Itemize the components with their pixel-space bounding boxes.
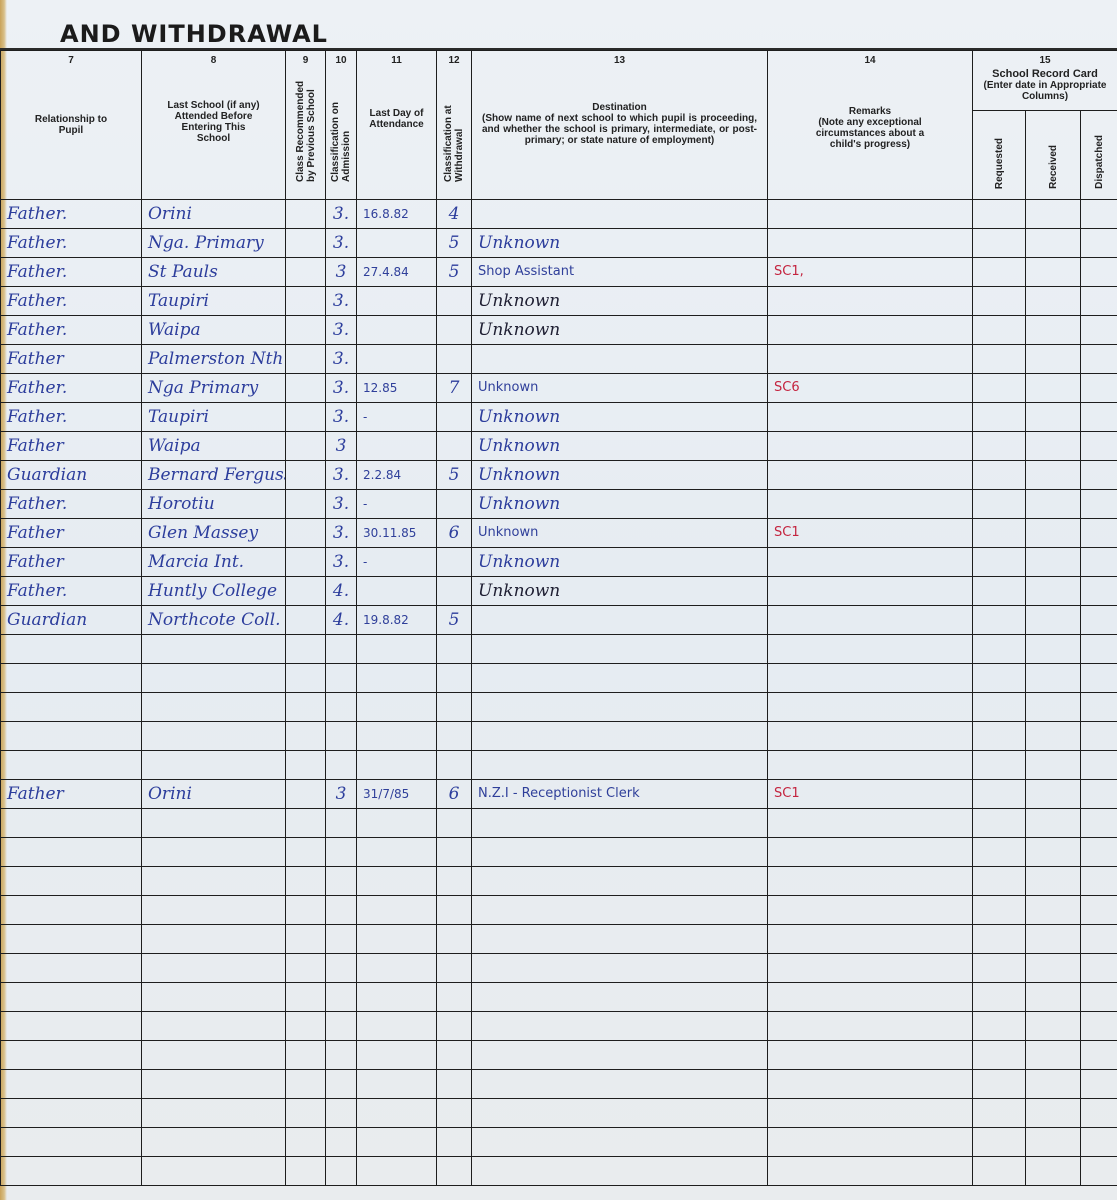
record-requested-cell[interactable] (973, 722, 1026, 751)
class-recommended-cell[interactable] (286, 548, 326, 577)
record-dispatched-cell[interactable] (1081, 664, 1117, 693)
relationship-cell[interactable] (1, 751, 142, 780)
record-requested-cell[interactable] (973, 1099, 1026, 1128)
class-recommended-cell[interactable] (286, 577, 326, 606)
record-received-cell[interactable] (1026, 577, 1081, 606)
record-received-cell[interactable] (1026, 548, 1081, 577)
record-received-cell[interactable] (1026, 635, 1081, 664)
record-received-cell[interactable] (1026, 838, 1081, 867)
class-recommended-cell[interactable] (286, 403, 326, 432)
last-school-cell[interactable] (142, 838, 286, 867)
record-requested-cell[interactable] (973, 1012, 1026, 1041)
relationship-cell[interactable]: Father (1, 519, 142, 548)
classification-admission-cell[interactable] (326, 925, 357, 954)
record-received-cell[interactable] (1026, 287, 1081, 316)
destination-cell[interactable] (472, 896, 768, 925)
record-received-cell[interactable] (1026, 316, 1081, 345)
record-dispatched-cell[interactable] (1081, 577, 1117, 606)
destination-cell[interactable]: Unknown (472, 229, 768, 258)
classification-withdrawal-cell[interactable] (437, 954, 472, 983)
last-day-cell[interactable]: - (357, 490, 437, 519)
classification-withdrawal-cell[interactable] (437, 693, 472, 722)
destination-cell[interactable] (472, 664, 768, 693)
record-requested-cell[interactable] (973, 664, 1026, 693)
record-requested-cell[interactable] (973, 403, 1026, 432)
destination-cell[interactable]: N.Z.I - Receptionist Clerk (472, 780, 768, 809)
classification-admission-cell[interactable] (326, 722, 357, 751)
relationship-cell[interactable]: Father. (1, 490, 142, 519)
classification-admission-cell[interactable]: 3. (326, 374, 357, 403)
last-day-cell[interactable] (357, 664, 437, 693)
classification-admission-cell[interactable]: 3 (326, 432, 357, 461)
classification-withdrawal-cell[interactable]: 5 (437, 461, 472, 490)
class-recommended-cell[interactable] (286, 1041, 326, 1070)
classification-admission-cell[interactable] (326, 664, 357, 693)
class-recommended-cell[interactable] (286, 1012, 326, 1041)
record-dispatched-cell[interactable] (1081, 1157, 1117, 1186)
classification-admission-cell[interactable]: 4. (326, 606, 357, 635)
record-dispatched-cell[interactable] (1081, 722, 1117, 751)
record-dispatched-cell[interactable] (1081, 1128, 1117, 1157)
classification-withdrawal-cell[interactable] (437, 345, 472, 374)
last-day-cell[interactable]: 2.2.84 (357, 461, 437, 490)
class-recommended-cell[interactable] (286, 374, 326, 403)
record-received-cell[interactable] (1026, 490, 1081, 519)
class-recommended-cell[interactable] (286, 954, 326, 983)
relationship-cell[interactable] (1, 983, 142, 1012)
last-day-cell[interactable] (357, 693, 437, 722)
destination-cell[interactable] (472, 1157, 768, 1186)
record-dispatched-cell[interactable] (1081, 693, 1117, 722)
destination-cell[interactable]: Shop Assistant (472, 258, 768, 287)
classification-withdrawal-cell[interactable] (437, 403, 472, 432)
record-requested-cell[interactable] (973, 287, 1026, 316)
remarks-cell[interactable]: SC6 (768, 374, 973, 403)
class-recommended-cell[interactable] (286, 490, 326, 519)
record-received-cell[interactable] (1026, 1041, 1081, 1070)
record-received-cell[interactable] (1026, 751, 1081, 780)
last-school-cell[interactable]: Nga Primary (142, 374, 286, 403)
classification-admission-cell[interactable] (326, 693, 357, 722)
record-requested-cell[interactable] (973, 548, 1026, 577)
relationship-cell[interactable]: Father (1, 432, 142, 461)
last-school-cell[interactable] (142, 809, 286, 838)
destination-cell[interactable]: Unknown (472, 461, 768, 490)
destination-cell[interactable] (472, 838, 768, 867)
record-dispatched-cell[interactable] (1081, 954, 1117, 983)
last-day-cell[interactable] (357, 1041, 437, 1070)
relationship-cell[interactable]: Father (1, 548, 142, 577)
record-received-cell[interactable] (1026, 896, 1081, 925)
class-recommended-cell[interactable] (286, 345, 326, 374)
last-school-cell[interactable]: Orini (142, 200, 286, 229)
classification-withdrawal-cell[interactable]: 4 (437, 200, 472, 229)
last-day-cell[interactable] (357, 1012, 437, 1041)
destination-cell[interactable]: Unknown (472, 374, 768, 403)
classification-admission-cell[interactable]: 3. (326, 548, 357, 577)
remarks-cell[interactable]: SC1 (768, 519, 973, 548)
class-recommended-cell[interactable] (286, 1070, 326, 1099)
classification-admission-cell[interactable] (326, 1128, 357, 1157)
classification-admission-cell[interactable]: 3. (326, 287, 357, 316)
classification-withdrawal-cell[interactable] (437, 432, 472, 461)
destination-cell[interactable]: Unknown (472, 403, 768, 432)
record-requested-cell[interactable] (973, 1041, 1026, 1070)
relationship-cell[interactable]: Father (1, 780, 142, 809)
relationship-cell[interactable] (1, 1070, 142, 1099)
record-dispatched-cell[interactable] (1081, 780, 1117, 809)
remarks-cell[interactable] (768, 403, 973, 432)
last-school-cell[interactable] (142, 1099, 286, 1128)
remarks-cell[interactable] (768, 954, 973, 983)
record-received-cell[interactable] (1026, 664, 1081, 693)
record-requested-cell[interactable] (973, 983, 1026, 1012)
classification-withdrawal-cell[interactable] (437, 548, 472, 577)
last-day-cell[interactable]: 16.8.82 (357, 200, 437, 229)
relationship-cell[interactable]: Father. (1, 229, 142, 258)
relationship-cell[interactable] (1, 1041, 142, 1070)
last-day-cell[interactable] (357, 896, 437, 925)
last-day-cell[interactable] (357, 229, 437, 258)
classification-withdrawal-cell[interactable] (437, 1157, 472, 1186)
last-school-cell[interactable] (142, 664, 286, 693)
record-requested-cell[interactable] (973, 693, 1026, 722)
last-school-cell[interactable] (142, 1012, 286, 1041)
last-day-cell[interactable] (357, 1128, 437, 1157)
class-recommended-cell[interactable] (286, 722, 326, 751)
relationship-cell[interactable] (1, 925, 142, 954)
class-recommended-cell[interactable] (286, 1099, 326, 1128)
destination-cell[interactable] (472, 867, 768, 896)
last-day-cell[interactable] (357, 838, 437, 867)
destination-cell[interactable]: Unknown (472, 490, 768, 519)
relationship-cell[interactable]: Father. (1, 200, 142, 229)
remarks-cell[interactable] (768, 751, 973, 780)
record-received-cell[interactable] (1026, 867, 1081, 896)
last-school-cell[interactable]: Horotiu (142, 490, 286, 519)
record-requested-cell[interactable] (973, 345, 1026, 374)
class-recommended-cell[interactable] (286, 258, 326, 287)
classification-admission-cell[interactable]: 3. (326, 316, 357, 345)
remarks-cell[interactable] (768, 548, 973, 577)
last-school-cell[interactable] (142, 693, 286, 722)
last-day-cell[interactable] (357, 577, 437, 606)
relationship-cell[interactable] (1, 635, 142, 664)
destination-cell[interactable]: Unknown (472, 577, 768, 606)
classification-withdrawal-cell[interactable] (437, 287, 472, 316)
remarks-cell[interactable] (768, 867, 973, 896)
classification-admission-cell[interactable] (326, 1157, 357, 1186)
relationship-cell[interactable]: Father. (1, 258, 142, 287)
record-dispatched-cell[interactable] (1081, 635, 1117, 664)
classification-withdrawal-cell[interactable] (437, 867, 472, 896)
relationship-cell[interactable] (1, 809, 142, 838)
record-dispatched-cell[interactable] (1081, 548, 1117, 577)
last-day-cell[interactable] (357, 635, 437, 664)
record-requested-cell[interactable] (973, 1070, 1026, 1099)
record-received-cell[interactable] (1026, 519, 1081, 548)
relationship-cell[interactable] (1, 867, 142, 896)
record-requested-cell[interactable] (973, 374, 1026, 403)
destination-cell[interactable] (472, 606, 768, 635)
record-requested-cell[interactable] (973, 461, 1026, 490)
relationship-cell[interactable] (1, 896, 142, 925)
record-requested-cell[interactable] (973, 809, 1026, 838)
classification-withdrawal-cell[interactable] (437, 722, 472, 751)
destination-cell[interactable] (472, 722, 768, 751)
classification-withdrawal-cell[interactable] (437, 1070, 472, 1099)
classification-withdrawal-cell[interactable] (437, 809, 472, 838)
classification-admission-cell[interactable] (326, 867, 357, 896)
last-school-cell[interactable] (142, 635, 286, 664)
classification-admission-cell[interactable] (326, 983, 357, 1012)
classification-withdrawal-cell[interactable] (437, 316, 472, 345)
classification-withdrawal-cell[interactable] (437, 896, 472, 925)
classification-admission-cell[interactable] (326, 751, 357, 780)
last-day-cell[interactable] (357, 809, 437, 838)
remarks-cell[interactable] (768, 200, 973, 229)
class-recommended-cell[interactable] (286, 693, 326, 722)
record-requested-cell[interactable] (973, 925, 1026, 954)
last-day-cell[interactable] (357, 925, 437, 954)
last-day-cell[interactable] (357, 316, 437, 345)
record-requested-cell[interactable] (973, 316, 1026, 345)
record-dispatched-cell[interactable] (1081, 403, 1117, 432)
last-school-cell[interactable] (142, 925, 286, 954)
record-dispatched-cell[interactable] (1081, 200, 1117, 229)
last-day-cell[interactable]: 19.8.82 (357, 606, 437, 635)
relationship-cell[interactable]: Father. (1, 287, 142, 316)
classification-admission-cell[interactable]: 3. (326, 490, 357, 519)
destination-cell[interactable] (472, 200, 768, 229)
class-recommended-cell[interactable] (286, 229, 326, 258)
destination-cell[interactable] (472, 1012, 768, 1041)
last-day-cell[interactable]: 30.11.85 (357, 519, 437, 548)
record-requested-cell[interactable] (973, 490, 1026, 519)
classification-admission-cell[interactable]: 3. (326, 200, 357, 229)
destination-cell[interactable] (472, 1128, 768, 1157)
record-received-cell[interactable] (1026, 403, 1081, 432)
record-received-cell[interactable] (1026, 432, 1081, 461)
relationship-cell[interactable] (1, 1128, 142, 1157)
class-recommended-cell[interactable] (286, 751, 326, 780)
classification-withdrawal-cell[interactable]: 6 (437, 519, 472, 548)
last-school-cell[interactable]: Bernard Fergusson (142, 461, 286, 490)
classification-withdrawal-cell[interactable] (437, 490, 472, 519)
classification-withdrawal-cell[interactable] (437, 983, 472, 1012)
remarks-cell[interactable] (768, 316, 973, 345)
record-dispatched-cell[interactable] (1081, 461, 1117, 490)
last-day-cell[interactable] (357, 751, 437, 780)
record-received-cell[interactable] (1026, 258, 1081, 287)
destination-cell[interactable] (472, 1099, 768, 1128)
last-school-cell[interactable]: St Pauls (142, 258, 286, 287)
record-dispatched-cell[interactable] (1081, 229, 1117, 258)
last-day-cell[interactable]: 27.4.84 (357, 258, 437, 287)
destination-cell[interactable]: Unknown (472, 316, 768, 345)
class-recommended-cell[interactable] (286, 925, 326, 954)
record-requested-cell[interactable] (973, 1157, 1026, 1186)
last-day-cell[interactable]: 31/7/85 (357, 780, 437, 809)
classification-withdrawal-cell[interactable]: 5 (437, 229, 472, 258)
classification-admission-cell[interactable]: 3 (326, 258, 357, 287)
classification-admission-cell[interactable] (326, 1099, 357, 1128)
class-recommended-cell[interactable] (286, 896, 326, 925)
last-school-cell[interactable] (142, 1157, 286, 1186)
last-day-cell[interactable] (357, 867, 437, 896)
remarks-cell[interactable]: SC1 (768, 780, 973, 809)
record-requested-cell[interactable] (973, 577, 1026, 606)
last-school-cell[interactable] (142, 867, 286, 896)
classification-withdrawal-cell[interactable] (437, 1012, 472, 1041)
relationship-cell[interactable]: Father (1, 345, 142, 374)
record-requested-cell[interactable] (973, 635, 1026, 664)
destination-cell[interactable]: Unknown (472, 519, 768, 548)
remarks-cell[interactable] (768, 838, 973, 867)
record-dispatched-cell[interactable] (1081, 896, 1117, 925)
record-dispatched-cell[interactable] (1081, 1070, 1117, 1099)
record-requested-cell[interactable] (973, 954, 1026, 983)
remarks-cell[interactable] (768, 1070, 973, 1099)
relationship-cell[interactable] (1, 838, 142, 867)
classification-admission-cell[interactable]: 4. (326, 577, 357, 606)
class-recommended-cell[interactable] (286, 809, 326, 838)
last-day-cell[interactable]: - (357, 548, 437, 577)
classification-withdrawal-cell[interactable] (437, 577, 472, 606)
last-day-cell[interactable] (357, 1070, 437, 1099)
classification-admission-cell[interactable] (326, 838, 357, 867)
record-received-cell[interactable] (1026, 954, 1081, 983)
classification-admission-cell[interactable] (326, 1070, 357, 1099)
last-school-cell[interactable]: Northcote Coll. (142, 606, 286, 635)
class-recommended-cell[interactable] (286, 287, 326, 316)
last-school-cell[interactable] (142, 954, 286, 983)
classification-admission-cell[interactable] (326, 896, 357, 925)
last-school-cell[interactable]: Glen Massey (142, 519, 286, 548)
class-recommended-cell[interactable] (286, 867, 326, 896)
last-school-cell[interactable] (142, 751, 286, 780)
record-dispatched-cell[interactable] (1081, 374, 1117, 403)
last-school-cell[interactable] (142, 722, 286, 751)
remarks-cell[interactable] (768, 461, 973, 490)
destination-cell[interactable] (472, 345, 768, 374)
last-school-cell[interactable]: Taupiri (142, 403, 286, 432)
record-requested-cell[interactable] (973, 258, 1026, 287)
class-recommended-cell[interactable] (286, 838, 326, 867)
last-day-cell[interactable] (357, 722, 437, 751)
remarks-cell[interactable] (768, 490, 973, 519)
classification-withdrawal-cell[interactable] (437, 751, 472, 780)
classification-admission-cell[interactable] (326, 635, 357, 664)
classification-withdrawal-cell[interactable] (437, 1099, 472, 1128)
record-dispatched-cell[interactable] (1081, 316, 1117, 345)
record-received-cell[interactable] (1026, 1128, 1081, 1157)
last-school-cell[interactable]: Taupiri (142, 287, 286, 316)
record-received-cell[interactable] (1026, 722, 1081, 751)
record-requested-cell[interactable] (973, 780, 1026, 809)
relationship-cell[interactable]: Guardian (1, 606, 142, 635)
last-school-cell[interactable]: Waipa (142, 316, 286, 345)
class-recommended-cell[interactable] (286, 461, 326, 490)
relationship-cell[interactable] (1, 664, 142, 693)
record-received-cell[interactable] (1026, 200, 1081, 229)
class-recommended-cell[interactable] (286, 664, 326, 693)
destination-cell[interactable]: Unknown (472, 432, 768, 461)
record-received-cell[interactable] (1026, 606, 1081, 635)
last-day-cell[interactable] (357, 1099, 437, 1128)
record-received-cell[interactable] (1026, 1157, 1081, 1186)
destination-cell[interactable]: Unknown (472, 287, 768, 316)
classification-admission-cell[interactable]: 3. (326, 461, 357, 490)
remarks-cell[interactable] (768, 345, 973, 374)
remarks-cell[interactable] (768, 809, 973, 838)
record-received-cell[interactable] (1026, 693, 1081, 722)
destination-cell[interactable]: Unknown (472, 548, 768, 577)
record-dispatched-cell[interactable] (1081, 983, 1117, 1012)
record-requested-cell[interactable] (973, 1128, 1026, 1157)
record-dispatched-cell[interactable] (1081, 838, 1117, 867)
last-day-cell[interactable] (357, 954, 437, 983)
classification-admission-cell[interactable] (326, 1041, 357, 1070)
record-requested-cell[interactable] (973, 751, 1026, 780)
last-school-cell[interactable]: Marcia Int. (142, 548, 286, 577)
classification-withdrawal-cell[interactable] (437, 838, 472, 867)
classification-withdrawal-cell[interactable] (437, 635, 472, 664)
last-school-cell[interactable]: Huntly College (142, 577, 286, 606)
classification-admission-cell[interactable]: 3 (326, 780, 357, 809)
record-received-cell[interactable] (1026, 345, 1081, 374)
last-school-cell[interactable] (142, 1128, 286, 1157)
record-dispatched-cell[interactable] (1081, 519, 1117, 548)
classification-withdrawal-cell[interactable]: 5 (437, 606, 472, 635)
record-dispatched-cell[interactable] (1081, 1099, 1117, 1128)
record-requested-cell[interactable] (973, 519, 1026, 548)
record-received-cell[interactable] (1026, 374, 1081, 403)
destination-cell[interactable] (472, 925, 768, 954)
record-received-cell[interactable] (1026, 983, 1081, 1012)
remarks-cell[interactable] (768, 664, 973, 693)
record-dispatched-cell[interactable] (1081, 925, 1117, 954)
relationship-cell[interactable] (1, 693, 142, 722)
classification-withdrawal-cell[interactable]: 7 (437, 374, 472, 403)
last-school-cell[interactable]: Palmerston Nth Int (142, 345, 286, 374)
class-recommended-cell[interactable] (286, 200, 326, 229)
remarks-cell[interactable] (768, 1099, 973, 1128)
relationship-cell[interactable] (1, 722, 142, 751)
last-day-cell[interactable] (357, 983, 437, 1012)
classification-admission-cell[interactable]: 3. (326, 229, 357, 258)
last-day-cell[interactable]: 12.85 (357, 374, 437, 403)
record-requested-cell[interactable] (973, 229, 1026, 258)
record-dispatched-cell[interactable] (1081, 258, 1117, 287)
record-received-cell[interactable] (1026, 461, 1081, 490)
classification-withdrawal-cell[interactable]: 6 (437, 780, 472, 809)
record-requested-cell[interactable] (973, 200, 1026, 229)
remarks-cell[interactable] (768, 925, 973, 954)
destination-cell[interactable] (472, 1070, 768, 1099)
record-dispatched-cell[interactable] (1081, 432, 1117, 461)
classification-withdrawal-cell[interactable] (437, 664, 472, 693)
class-recommended-cell[interactable] (286, 606, 326, 635)
classification-admission-cell[interactable] (326, 1012, 357, 1041)
classification-withdrawal-cell[interactable] (437, 1128, 472, 1157)
classification-withdrawal-cell[interactable]: 5 (437, 258, 472, 287)
class-recommended-cell[interactable] (286, 316, 326, 345)
destination-cell[interactable] (472, 954, 768, 983)
relationship-cell[interactable] (1, 954, 142, 983)
record-dispatched-cell[interactable] (1081, 1012, 1117, 1041)
class-recommended-cell[interactable] (286, 1128, 326, 1157)
